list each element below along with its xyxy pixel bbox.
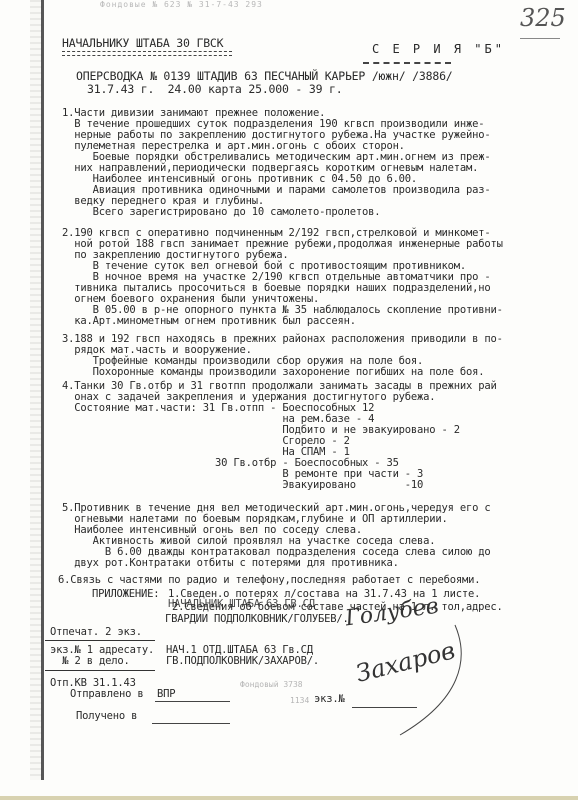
text-line: ка.Арт.минометным огнем противник был ра… <box>62 316 503 327</box>
series-label: С Е Р И Я "Б" <box>372 44 505 55</box>
dept-chief-name: ГВ.ПОДПОЛКОВНИК/ЗАХАРОВ/. <box>166 656 319 667</box>
divider-2 <box>45 670 155 671</box>
printed-copies: Отпечат. 2 экз. <box>50 627 142 638</box>
series-underline <box>363 62 451 65</box>
page-number: 325 <box>520 4 566 32</box>
page-number-underline <box>520 38 560 39</box>
text-line: 6.Связь с частями по радио и телефону,по… <box>58 575 480 586</box>
received-underline <box>152 723 230 724</box>
divider-1 <box>45 640 155 641</box>
attachment-item-2: 2.Сведения об боевом составе частей на 1… <box>172 602 503 613</box>
distribution-line-2: № 2 в дело. <box>50 656 130 667</box>
addressee-underline <box>62 51 232 56</box>
signature-stroke <box>360 620 480 740</box>
sent-to-underline <box>155 701 230 702</box>
received-label: Получено в <box>76 711 137 722</box>
binding-edge <box>41 0 44 780</box>
faint-stamp-2: 1134 <box>290 696 309 705</box>
report-heading: ОПЕРСВОДКА № 0139 ШТАДИВ 63 ПЕСЧАНЫЙ КАР… <box>76 71 453 82</box>
text-line: двух рот.Контратаки отбиты с потерями дл… <box>62 558 491 569</box>
section-3: 3.188 и 192 гвсп находясь в прежних райо… <box>62 334 503 378</box>
section-4: 4.Танки 30 Гв.отбр и 31 гвотпп продолжал… <box>62 381 497 491</box>
addressee: НАЧАЛЬНИКУ ШТАБА 30 ГВСК <box>62 38 223 49</box>
faint-stamp-1: Фондовый 3738 <box>240 680 303 689</box>
page-bottom-edge <box>0 796 578 800</box>
copy-number-label: экз.№ <box>314 694 345 705</box>
chief-of-staff-signature: ГВАРДИИ ПОДПОЛКОВНИК/ГОЛУБЕВ/. <box>165 614 349 625</box>
section-2: 2.190 кгвсп с оперативно подчиненным 2/1… <box>62 228 503 327</box>
section-1: 1.Части дивизии занимают прежнее положен… <box>62 108 491 218</box>
faint-header-stamp: Фондовые № 623 № 31-7-43 293 <box>100 0 263 9</box>
text-line: Похоронные команды производили захоронен… <box>62 367 503 378</box>
text-line: Эвакуировано -10 <box>62 480 497 491</box>
section-6: 6.Связь с частями по радио и телефону,по… <box>58 575 480 586</box>
sent-to-label: Отправлено в <box>70 689 143 700</box>
section-5: 5.Противник в течение дня вел методическ… <box>62 503 491 569</box>
sent-to-value: ВПР <box>157 689 175 700</box>
document-page: Фондовые № 623 № 31-7-43 293 325 НАЧАЛЬН… <box>0 0 578 800</box>
attachments-label: ПРИЛОЖЕНИЕ: <box>92 589 159 600</box>
text-line: Всего зарегистрировано до 10 самолето-пр… <box>62 207 491 218</box>
report-date-line: 31.7.43 г. 24.00 карта 25.000 - 39 г. <box>87 84 343 95</box>
